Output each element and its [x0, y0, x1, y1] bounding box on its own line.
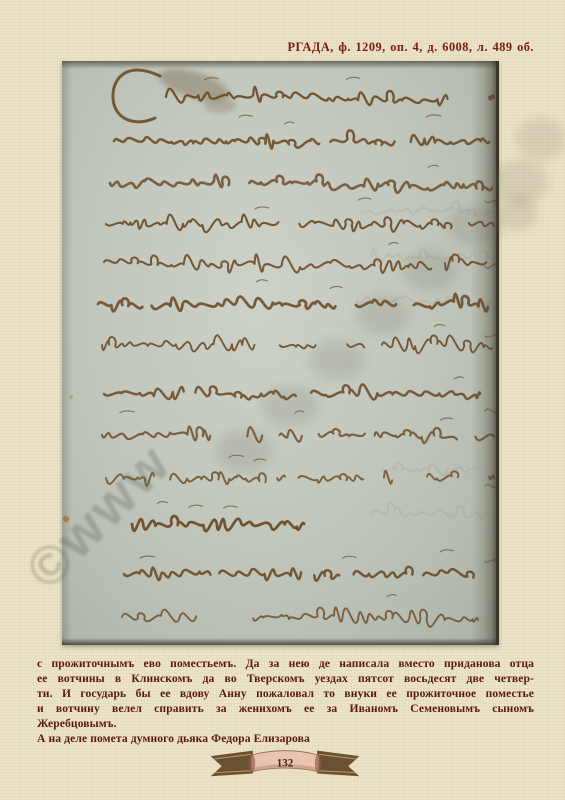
transcription-line: ти. И государь бы ее вдову Анну пожалова…	[37, 686, 534, 701]
handwriting-stroke	[239, 115, 441, 124]
handwriting-stroke	[434, 325, 444, 327]
page-number: 132	[277, 757, 294, 769]
handwriting-stroke	[106, 214, 494, 232]
manuscript-scan	[62, 61, 499, 645]
handwriting-stroke	[158, 502, 238, 509]
ribbon-left-fold	[249, 754, 255, 772]
scan-bottom-edge-shadow	[62, 638, 499, 645]
handwriting-stroke	[110, 175, 492, 193]
watermark-blob	[516, 118, 565, 160]
handwriting-stroke	[132, 516, 304, 531]
handwriting-stroke	[120, 411, 452, 420]
transcription-line: и вотчину велел справить за женихомъ ее …	[37, 701, 534, 716]
handwriting-stroke	[454, 377, 463, 379]
handwriting-stroke	[124, 567, 474, 581]
scan-right-edge-line	[496, 61, 499, 645]
handwriting-stroke	[389, 243, 398, 245]
handwriting-stroke	[229, 455, 266, 461]
transcription-block: с прожиточнымъ ево поместьемъ. Да за нею…	[37, 656, 534, 746]
handwriting-stroke	[102, 426, 494, 443]
transcription-line: с прожиточнымъ ево поместьемъ. Да за нею…	[37, 656, 534, 671]
scan-top-edge-shadow	[62, 61, 499, 69]
handwriting-stroke	[140, 550, 454, 558]
watermark-blob	[492, 160, 548, 204]
handwriting-stroke	[106, 471, 494, 486]
handwriting-stroke	[122, 607, 478, 626]
handwriting-stroke	[257, 280, 343, 289]
handwriting-stroke	[114, 130, 499, 148]
manuscript-handwriting	[62, 61, 499, 645]
transcription-line: Жеребцовымъ.	[37, 716, 534, 731]
scan-left-shading	[62, 61, 72, 645]
handwriting-stroke	[255, 198, 371, 209]
handwriting-stroke	[205, 77, 360, 79]
page-number-ribbon: 132	[207, 742, 363, 784]
handwriting-stroke	[387, 595, 396, 597]
handwriting-stroke	[104, 384, 480, 399]
scan-right-edge-shadow	[471, 61, 499, 645]
ink-smudge	[204, 97, 236, 113]
handwriting-stroke	[113, 70, 160, 122]
archive-reference: РГАДА, ф. 1209, оп. 4, д. 6008, л. 489 о…	[288, 40, 535, 55]
watermark-blob	[498, 196, 538, 230]
handwriting-stroke	[102, 335, 492, 353]
ribbon-right-fold	[315, 754, 321, 772]
transcription-line: ее вотчины в Клинскомъ да во Тверскомъ у…	[37, 671, 534, 686]
book-page: РГАДА, ф. 1209, оп. 4, д. 6008, л. 489 о…	[0, 0, 565, 800]
handwriting-stroke	[428, 165, 438, 167]
